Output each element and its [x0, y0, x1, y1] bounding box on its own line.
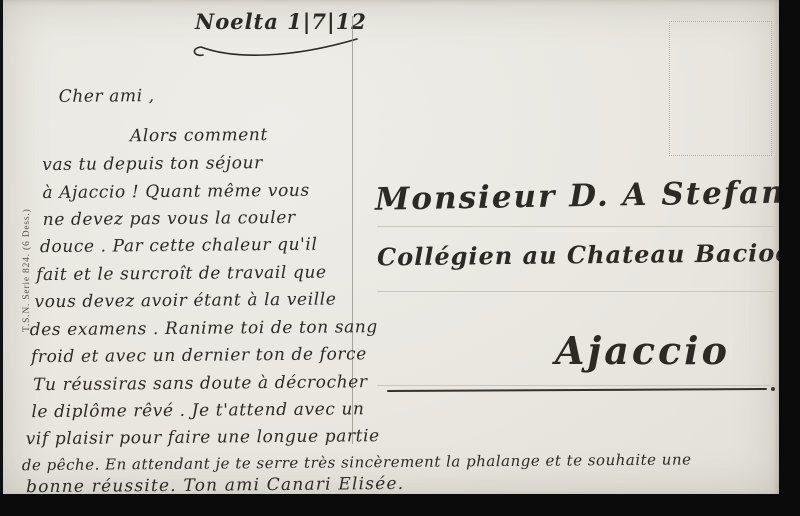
message-line: le diplôme rêvé . Je t'attend avec un: [31, 399, 364, 422]
message-salutation: Cher ami ,: [59, 86, 155, 107]
message-line: ne devez pas vous la couler: [43, 208, 296, 230]
stamp-box: [669, 21, 772, 156]
message-line: fait et le surcroît de travail que: [36, 263, 327, 286]
message-line: douce . Par cette chaleur qu'il: [40, 235, 318, 257]
scan-frame-bottom: [0, 494, 800, 516]
message-line: vous devez avoir étant à la veille: [34, 289, 336, 312]
address-guideline: [377, 226, 775, 227]
scan-backdrop: T.S.N. Serie 824. (6 Dess.) Noelta 1|7|1…: [0, 0, 800, 516]
message-line: Alors comment: [130, 125, 268, 146]
address-guideline: [377, 385, 775, 386]
message-line: vif plaisir pour faire une longue partie: [26, 426, 380, 449]
message-line: Tu réussiras sans doute à décrocher: [33, 372, 368, 395]
message-line: vas tu depuis ton séjour: [42, 153, 263, 175]
address-guideline: [377, 291, 775, 292]
scan-frame-right: [779, 0, 800, 516]
message-closing-line-1: de pêche. En attendant je te serre très …: [22, 450, 692, 474]
address-title-line: Collégien au Chateau Baciocchi: [377, 238, 800, 272]
address-city: Ajaccio: [555, 328, 730, 373]
city-underline-dot: [771, 387, 775, 391]
message-line: des examens . Ranime toi de ton sang: [30, 317, 378, 340]
message-line: froid et avec un dernier ton de force: [31, 344, 367, 367]
address-recipient: Monsieur D. A Stefani: [375, 174, 800, 217]
postcard: T.S.N. Serie 824. (6 Dess.) Noelta 1|7|1…: [3, 0, 781, 496]
message-line: à Ajaccio ! Quant même vous: [42, 181, 309, 203]
